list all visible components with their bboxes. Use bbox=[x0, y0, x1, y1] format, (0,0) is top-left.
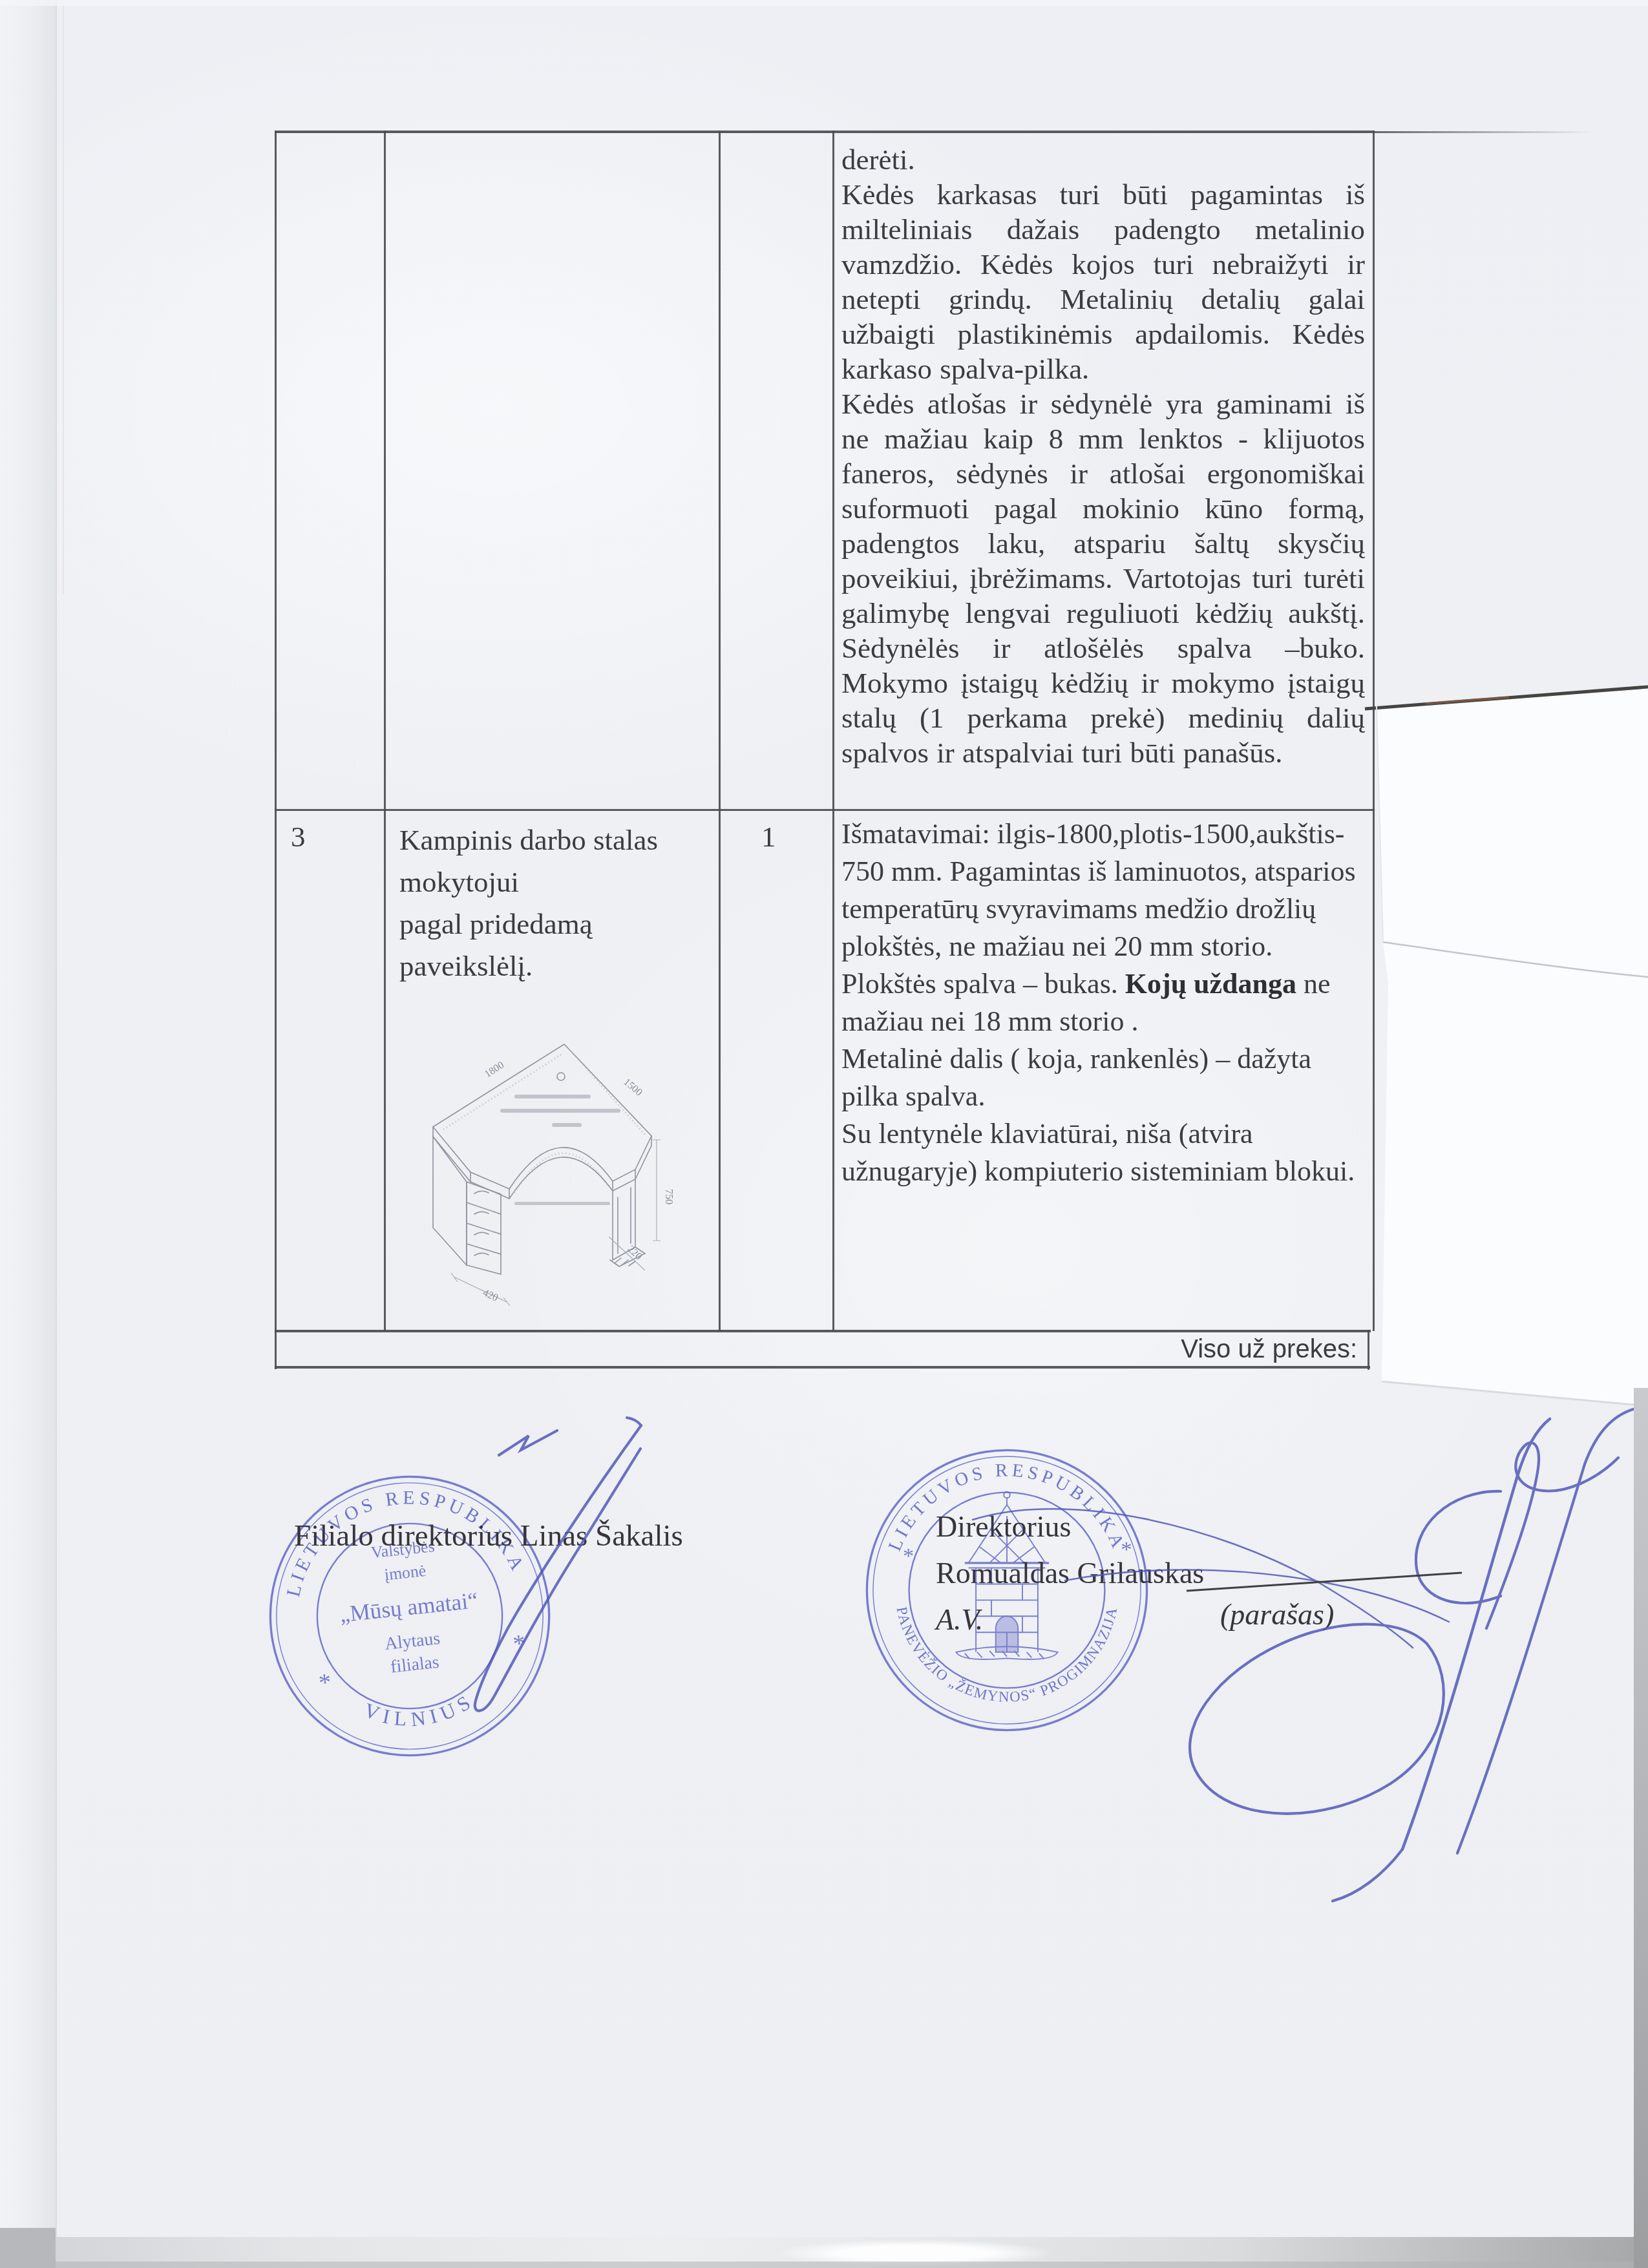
left-signature-flourish bbox=[499, 1431, 557, 1455]
left-signature-stroke bbox=[475, 1425, 641, 1711]
right-signature-stroke bbox=[1402, 1419, 1550, 1849]
left-signature-tip bbox=[627, 1418, 641, 1425]
scanned-document-page: derėti. Kėdės karkasas turi būti pagamin… bbox=[0, 0, 1648, 2268]
scanner-bottom-edge bbox=[0, 2262, 1648, 2268]
right-signature-c-curve bbox=[1416, 1491, 1501, 1603]
right-signature-oval-loop bbox=[1190, 1624, 1444, 1814]
scanner-top-strip bbox=[0, 0, 1648, 6]
scanner-left-strip bbox=[0, 0, 57, 2268]
right-signature-thin-flourish bbox=[973, 1509, 1413, 1648]
ink-signatures bbox=[0, 0, 1648, 2268]
scanner-corner-shadow bbox=[0, 2228, 56, 2268]
paper-crease bbox=[63, 0, 64, 594]
scanner-right-strip bbox=[1634, 1388, 1648, 2268]
right-signature-hook bbox=[1486, 1443, 1618, 1628]
right-signature-tail bbox=[1333, 1849, 1402, 1901]
right-signature-stroke bbox=[1457, 1407, 1640, 1853]
